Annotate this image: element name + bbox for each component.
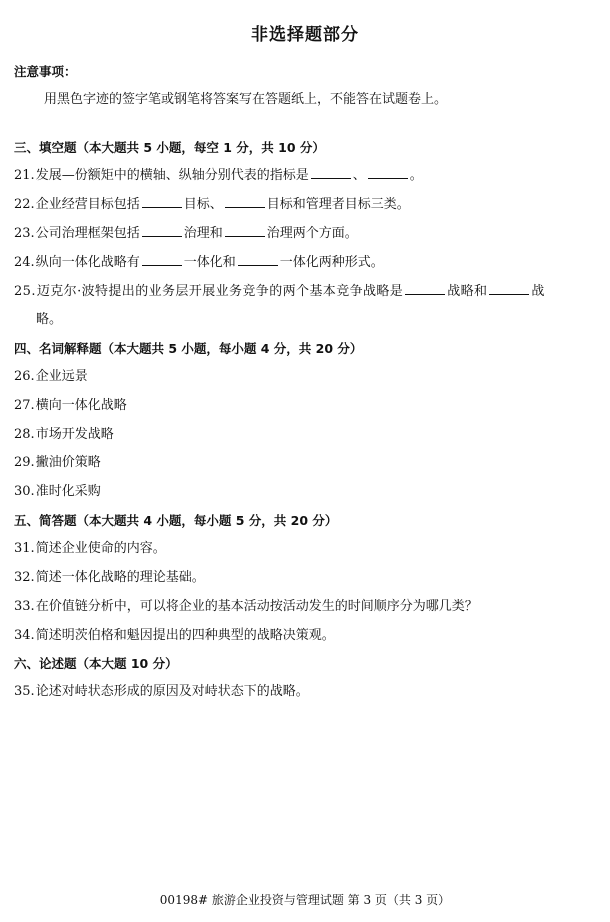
exam-page: 非选择题部分 注意事项： 用黑色字迹的签字笔或钢笔将答案写在答题纸上，不能答在试…	[0, 0, 610, 922]
question-21: 21.发展—份额矩中的横轴、纵轴分别代表的指标是、。	[14, 167, 423, 185]
notice-text: 用黑色字迹的签字笔或钢笔将答案写在答题纸上，不能答在试题卷上。	[44, 91, 447, 109]
question-35: 35.论述对峙状态形成的原因及对峙状态下的战略。	[14, 683, 309, 701]
page-title: 非选择题部分	[0, 20, 610, 45]
answer-blank	[142, 264, 182, 266]
answer-blank	[225, 235, 265, 237]
answer-blank	[142, 235, 182, 237]
answer-blank	[489, 293, 529, 295]
answer-blank	[142, 206, 182, 208]
question-22: 22.企业经营目标包括目标、目标和管理者目标三类。	[14, 196, 410, 214]
question-28: 28.市场开发战略	[14, 426, 114, 444]
question-26: 26.企业远景	[14, 368, 88, 386]
question-31: 31.简述企业使命的内容。	[14, 540, 166, 558]
question-29: 29.撇油价策略	[14, 454, 101, 472]
question-25-continuation: 略。	[36, 311, 62, 329]
answer-blank	[311, 177, 351, 179]
section-heading-short-answer: 五、简答题（本大题共 4 小题，每小题 5 分，共 20 分）	[14, 512, 337, 530]
page-footer: 00198# 旅游企业投资与管理试题 第 3 页（共 3 页）	[0, 891, 610, 908]
section-heading-term-explanation: 四、名词解释题（本大题共 5 小题，每小题 4 分，共 20 分）	[14, 340, 362, 358]
notice-heading: 注意事项：	[14, 63, 77, 81]
section-heading-fill-in: 三、填空题（本大题共 5 小题，每空 1 分，共 10 分）	[14, 139, 325, 157]
answer-blank	[225, 206, 265, 208]
question-34: 34.简述明茨伯格和魁因提出的四种典型的战略决策观。	[14, 627, 335, 645]
answer-blank	[405, 293, 445, 295]
question-24: 24.纵向一体化战略有一体化和一体化两种形式。	[14, 254, 384, 272]
answer-blank	[238, 264, 278, 266]
question-27: 27.横向一体化战略	[14, 397, 127, 415]
question-30: 30.准时化采购	[14, 483, 101, 501]
question-32: 32.简述一体化战略的理论基础。	[14, 569, 205, 587]
answer-blank	[368, 177, 408, 179]
question-23: 23.公司治理框架包括治理和治理两个方面。	[14, 225, 358, 243]
section-heading-essay: 六、论述题（本大题 10 分）	[14, 655, 178, 673]
question-33: 33.在价值链分析中，可以将企业的基本活动按活动发生的时间顺序分为哪几类？	[14, 598, 478, 616]
question-25: 25.迈克尔·波特提出的业务层开展业务竞争的两个基本竞争战略是战略和战	[14, 283, 545, 301]
